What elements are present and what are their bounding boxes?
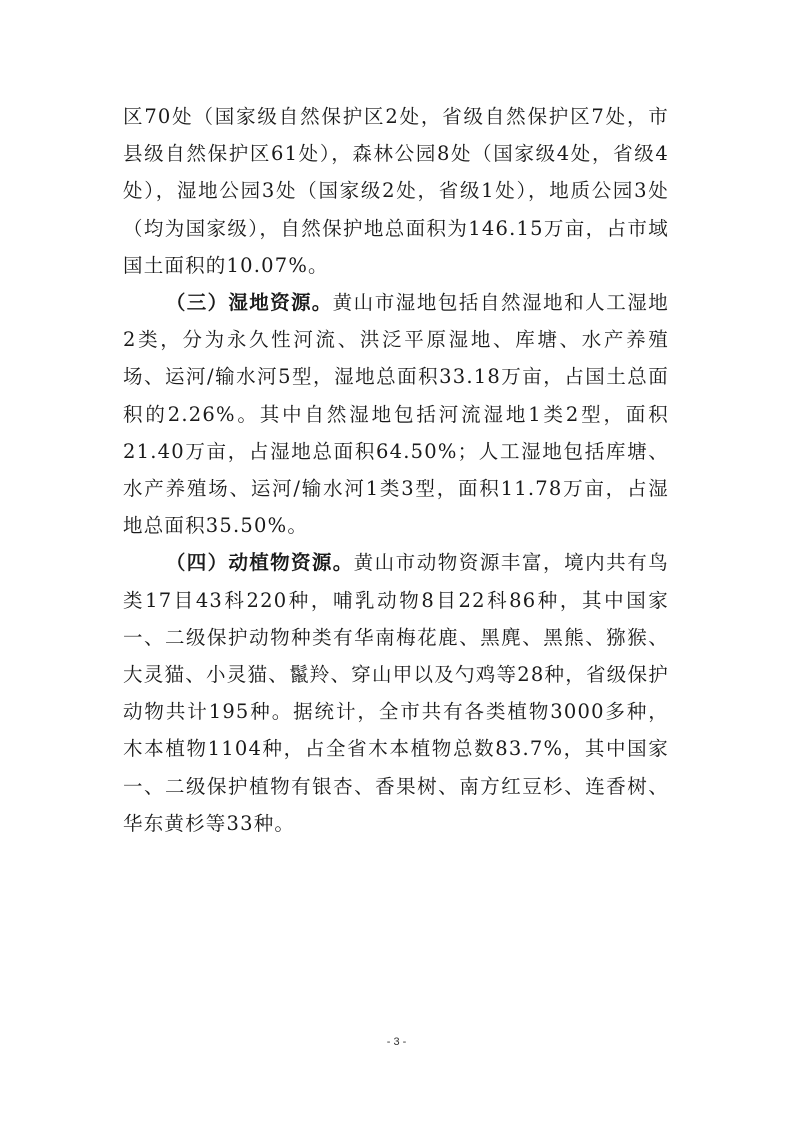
paragraph-text: 黄山市湿地包括自然湿地和人工湿地2类，分为永久性河流、洪泛平原湿地、库塘、水产养… [123,291,669,537]
paragraph-text: 黄山市动物资源丰富，境内共有鸟类17目43科220种，哺乳动物8目22科86种，… [123,551,669,834]
document-body: 区70处（国家级自然保护区2处，省级自然保护区7处，市县级自然保护区61处），森… [123,98,669,842]
paragraph-text: 区70处（国家级自然保护区2处，省级自然保护区7处，市县级自然保护区61处），森… [123,105,669,277]
section-heading-wetland: （三）湿地资源。 [166,291,333,314]
document-page: 区70处（国家级自然保护区2处，省级自然保护区7处，市县级自然保护区61处），森… [0,0,793,1122]
paragraph-flora-fauna-resources: （四）动植物资源。黄山市动物资源丰富，境内共有鸟类17目43科220种，哺乳动物… [123,544,669,842]
section-heading-flora-fauna: （四）动植物资源。 [166,551,354,574]
paragraph-protected-areas: 区70处（国家级自然保护区2处，省级自然保护区7处，市县级自然保护区61处），森… [123,98,669,284]
page-number: - 3 - [0,1036,793,1048]
paragraph-wetland-resources: （三）湿地资源。黄山市湿地包括自然湿地和人工湿地2类，分为永久性河流、洪泛平原湿… [123,284,669,544]
